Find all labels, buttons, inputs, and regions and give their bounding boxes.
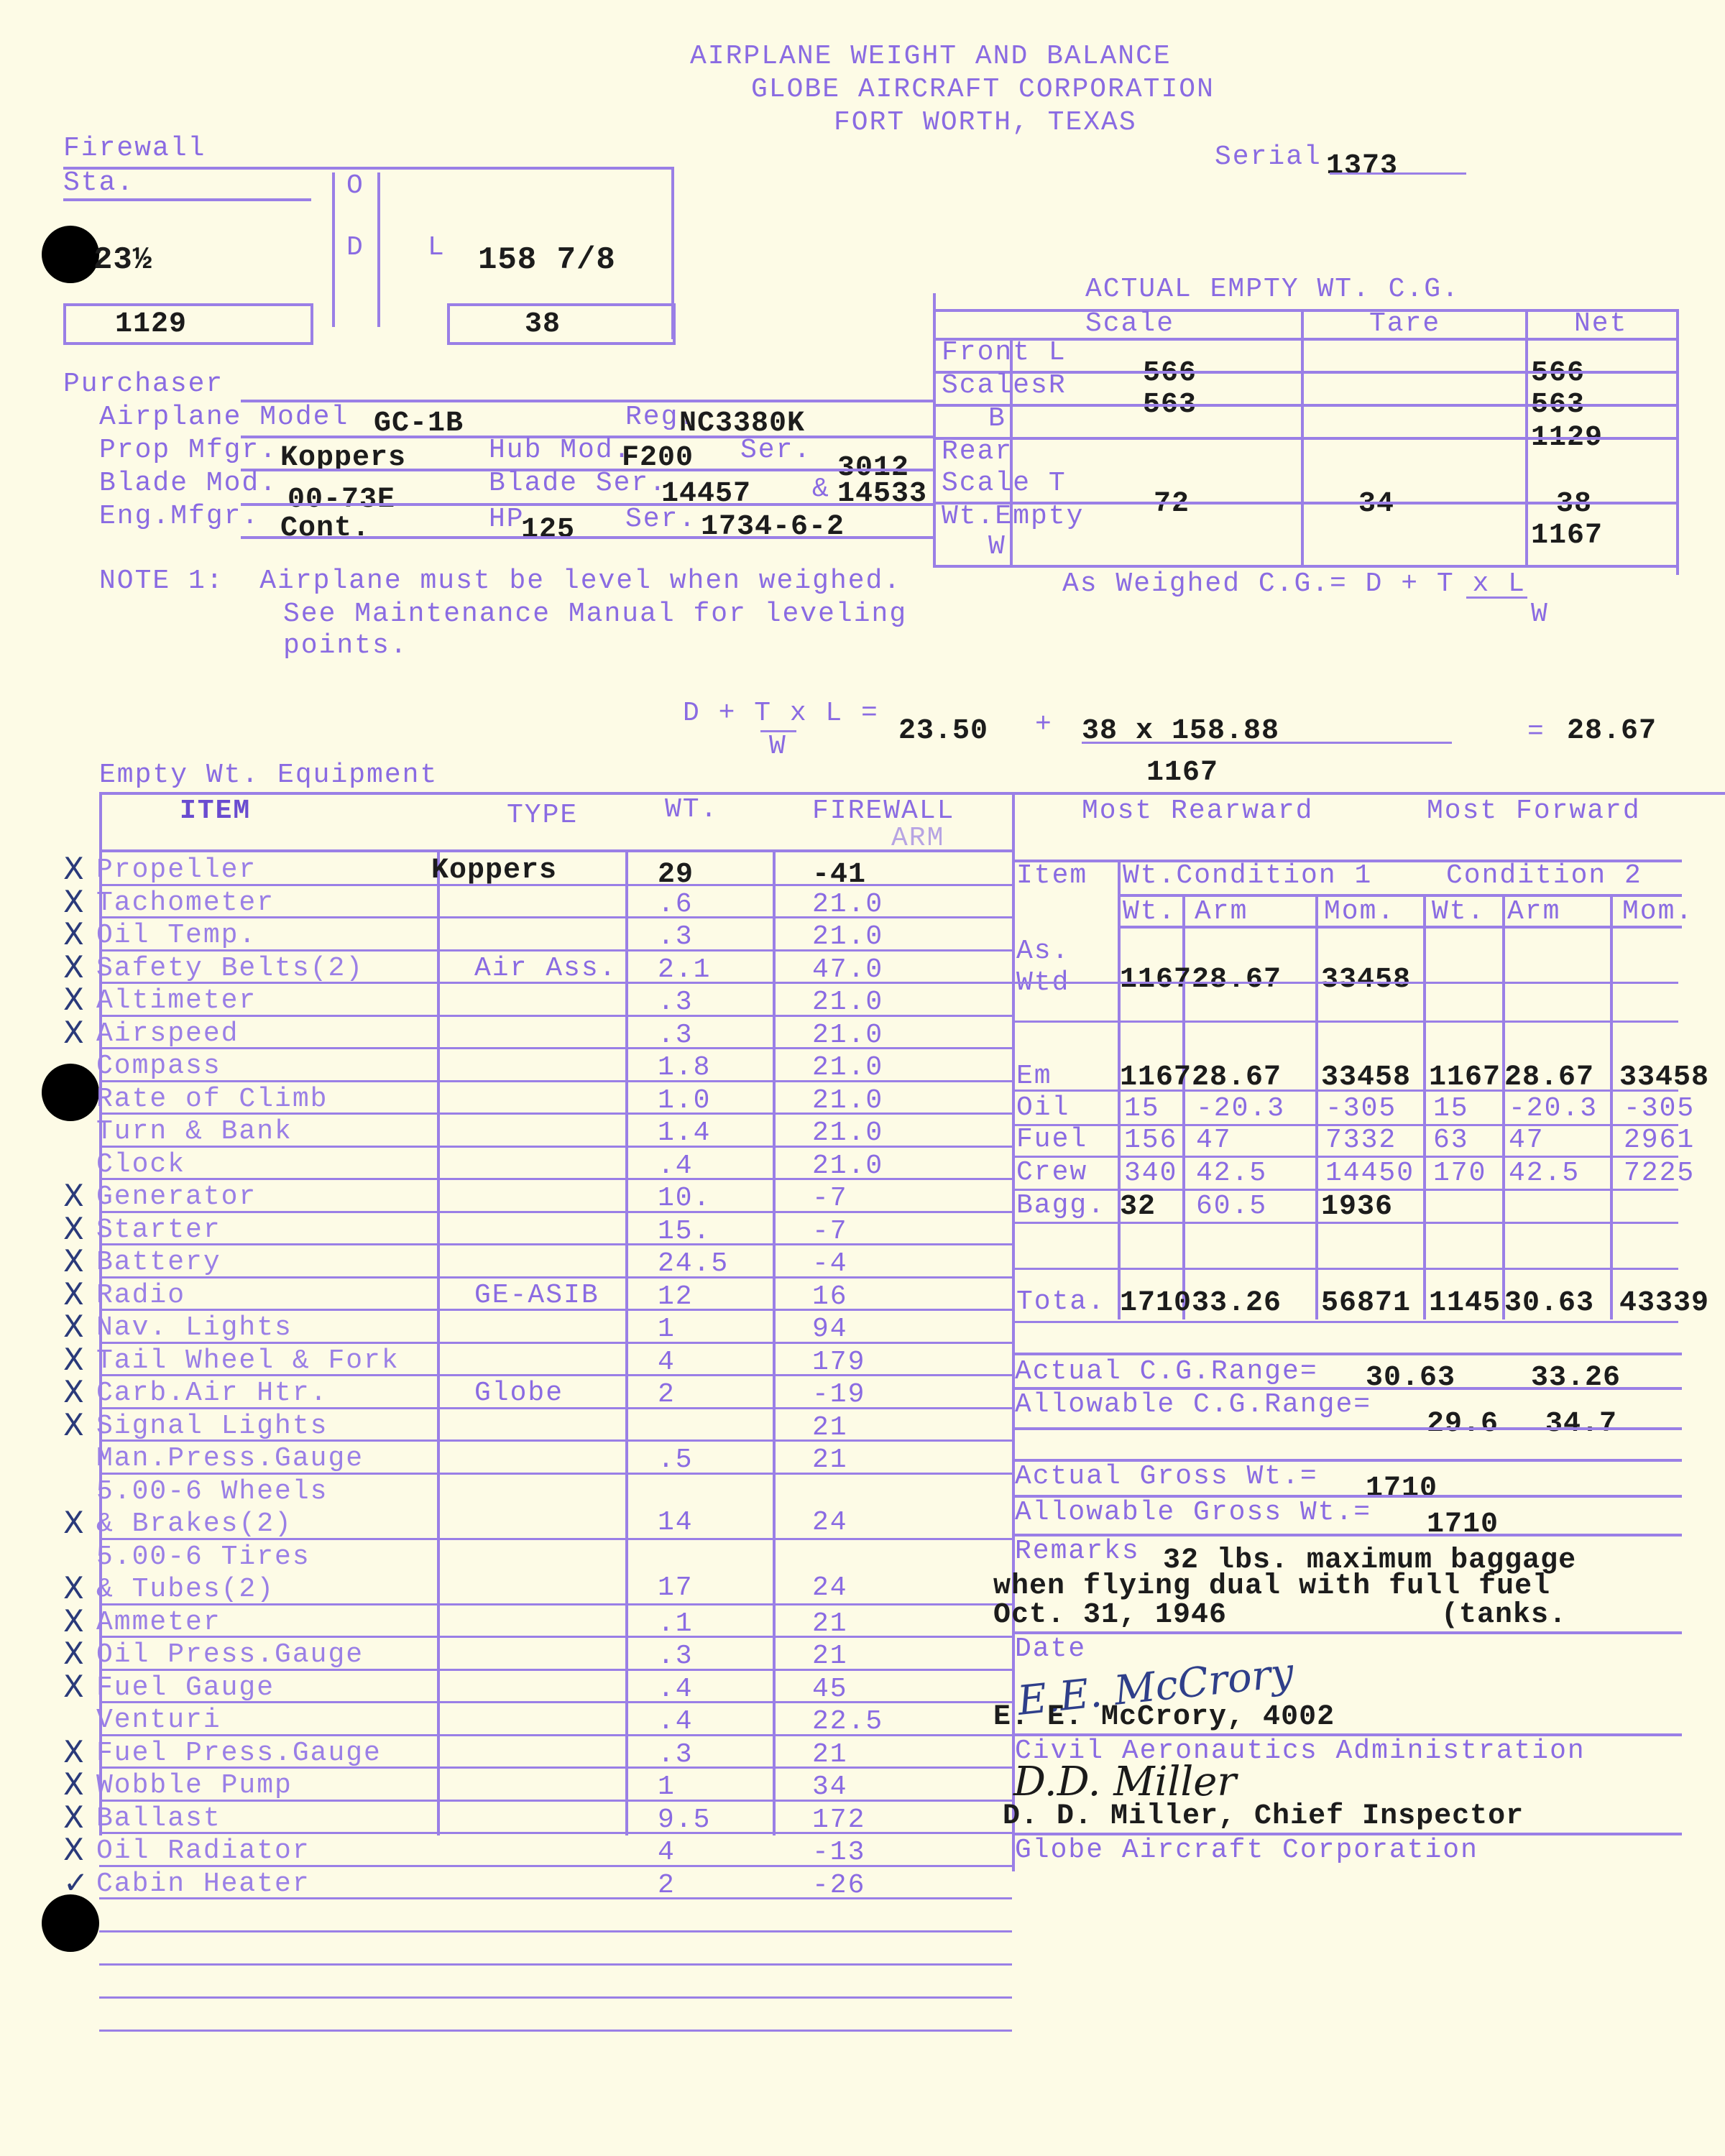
equipment-arm: 21.0 <box>812 989 883 1016</box>
equipment-wt: 1.4 <box>658 1120 711 1147</box>
loading-cell-c1-arm: 33.26 <box>1192 1289 1282 1318</box>
equipment-arm: 21.0 <box>812 1087 883 1115</box>
row-divider <box>99 1473 1012 1475</box>
equipment-arm: 94 <box>812 1316 848 1343</box>
equipment-wt: 2 <box>658 1381 676 1409</box>
loading-cell-c2-wt: 170 <box>1433 1160 1486 1187</box>
serial-underline <box>1330 172 1466 175</box>
equipment-arm: -13 <box>812 1839 865 1866</box>
divider <box>377 172 380 327</box>
station-box-top <box>63 167 674 170</box>
equipment-wt: 24.5 <box>658 1250 729 1278</box>
equipment-arm: -7 <box>812 1218 848 1245</box>
equipment-wt: .4 <box>658 1676 694 1703</box>
hub-ser-label: Ser. <box>740 437 811 464</box>
wt-empty-net: 1167 <box>1531 522 1603 550</box>
loading-subheader: Mom. <box>1324 898 1395 926</box>
equipment-arm: 47.0 <box>812 957 883 984</box>
scale-header: Scale <box>1085 310 1174 338</box>
eng-ser-label: Ser. <box>625 506 696 533</box>
box-1129 <box>63 303 313 345</box>
equipment-arm: 34 <box>812 1774 848 1801</box>
row-divider <box>99 1865 1012 1867</box>
check-mark: X <box>63 1377 84 1407</box>
check-mark: X <box>63 1214 84 1244</box>
equipment-type: GE-ASIB <box>474 1282 599 1309</box>
equipment-item: Airspeed <box>96 1018 239 1050</box>
col-divider <box>1182 897 1185 1319</box>
row-divider <box>99 1342 1012 1344</box>
loading-row-label: Tota. <box>1016 1286 1105 1318</box>
front-l-net: 566 <box>1531 359 1585 388</box>
sig1-typed-name: E. E. McCrory, 4002 <box>993 1703 1335 1732</box>
equipment-type: Globe <box>474 1380 563 1407</box>
equipment-wt: 17 <box>658 1575 694 1602</box>
row-divider <box>99 1374 1012 1376</box>
equipment-arm: 21 <box>812 1741 848 1769</box>
equipment-item: Tachometer <box>96 887 275 919</box>
check-mark: X <box>63 1018 84 1048</box>
tare-header: Tare <box>1369 310 1440 338</box>
equipment-item: Venturi <box>96 1704 221 1736</box>
type-header: TYPE <box>507 802 578 829</box>
loading-cell-c1-wt: 1167 <box>1120 1064 1192 1092</box>
arm-header: ARM <box>891 825 944 852</box>
loading-cell-c2-arm: 47 <box>1509 1127 1545 1154</box>
line <box>933 309 1678 312</box>
hub-mod-label: Hub Mod. <box>489 437 631 464</box>
row-divider <box>99 1996 1012 1999</box>
check-mark: X <box>63 952 84 982</box>
condition-2-header: Condition 2 <box>1446 862 1642 890</box>
loading-cell-c2-mom: 43339 <box>1619 1289 1709 1318</box>
row-divider <box>1013 1222 1678 1224</box>
most-rearward-header: Most Rearward <box>1082 798 1313 825</box>
serial-label: Serial <box>1215 144 1322 171</box>
box-38 <box>447 303 676 345</box>
note-line-2: See Maintenance Manual for leveling <box>283 601 907 628</box>
equipment-arm: 21.0 <box>812 923 883 951</box>
row-divider <box>99 1963 1012 1966</box>
equipment-wt: 2 <box>658 1872 676 1899</box>
loading-cell-c2-wt: 1145 <box>1429 1289 1501 1318</box>
loading-cell-c1-arm: 42.5 <box>1196 1160 1267 1187</box>
actual-gross-value: 1710 <box>1366 1475 1437 1503</box>
equipment-item: Fuel Gauge <box>96 1672 275 1704</box>
w-label: W <box>988 533 1006 561</box>
check-mark: ✓ <box>63 1868 88 1898</box>
sta-label: Sta. <box>63 170 134 197</box>
serial-value: 1373 <box>1326 152 1398 181</box>
equipment-item: Nav. Lights <box>96 1312 293 1344</box>
equipment-item: Propeller <box>96 854 257 886</box>
equipment-item: Clock <box>96 1148 185 1181</box>
blade-mod-value: 00-73E <box>287 486 395 515</box>
row-divider <box>99 1047 1012 1049</box>
equipment-item: Altimeter <box>96 985 257 1017</box>
calc-formula: D + T x L = <box>683 700 879 727</box>
equipment-wt: 14 <box>658 1509 694 1537</box>
equipment-arm: 21.0 <box>812 1153 883 1180</box>
equipment-wt: .3 <box>658 1643 694 1670</box>
loading-subheader: Wt. <box>1432 898 1485 926</box>
equipment-arm: 21.0 <box>812 891 883 918</box>
equipment-arm: 21.0 <box>812 1054 883 1082</box>
equipment-wt: 1.8 <box>658 1054 711 1082</box>
equipment-wt: .6 <box>658 891 694 918</box>
fraction-bar <box>1466 596 1527 599</box>
remarks-line-2: when flying dual with full fuel <box>993 1572 1550 1601</box>
loading-row-label: Oil <box>1016 1092 1069 1124</box>
equipment-arm: 21 <box>812 1611 848 1638</box>
calc-equals: = <box>1527 719 1545 746</box>
b-label: B <box>988 405 1006 433</box>
firewall-label: Firewall <box>63 135 206 162</box>
loading-subheader: Wt. <box>1123 898 1176 926</box>
company-name: GLOBE AIRCRAFT CORPORATION <box>751 76 1215 103</box>
row-divider <box>99 1211 1012 1213</box>
equipment-arm: 21 <box>812 1447 848 1474</box>
equipment-wt: 12 <box>658 1284 694 1311</box>
calc-denominator: 1167 <box>1146 759 1218 788</box>
equipment-item: Generator <box>96 1181 257 1213</box>
line <box>99 792 1725 795</box>
check-mark: X <box>63 1410 84 1440</box>
loading-cell-c1-wt: 340 <box>1124 1160 1177 1187</box>
loading-cell-c1-wt: 1167 <box>1120 966 1192 995</box>
d-label: D <box>346 234 364 262</box>
check-mark: X <box>63 1769 84 1800</box>
row-divider <box>99 1439 1012 1442</box>
equipment-arm: 21 <box>812 1414 848 1442</box>
loading-item-header: Item <box>1016 862 1087 890</box>
firewall-arm-header: FIREWALL <box>812 798 954 825</box>
equipment-wt: .3 <box>658 1022 694 1049</box>
loading-cell-c2-mom: 33458 <box>1619 1064 1709 1092</box>
loading-cell-c2-wt: 1167 <box>1429 1064 1501 1092</box>
equipment-item: Carb.Air Htr. <box>96 1377 328 1409</box>
airplane-model-value: GC-1B <box>374 410 464 438</box>
remarks-label: Remarks <box>1015 1538 1140 1565</box>
wt-header: WT. <box>665 796 718 824</box>
equipment-item: 5.00-6 Wheels & Brakes(2) <box>96 1475 328 1540</box>
border <box>1676 309 1679 575</box>
fraction-bar <box>1082 742 1452 744</box>
binder-hole-top <box>42 226 99 283</box>
calc-result: 28.67 <box>1567 717 1657 746</box>
equipment-arm: 45 <box>812 1676 848 1703</box>
equipment-wt: 1.0 <box>658 1087 711 1115</box>
equipment-item: Ballast <box>96 1802 221 1835</box>
check-mark: X <box>63 1345 84 1375</box>
loading-cell-c1-mom: 56871 <box>1321 1289 1411 1318</box>
actual-cg-label: Actual C.G.Range= <box>1015 1358 1318 1386</box>
calc-plus: + <box>1035 711 1053 739</box>
sig2-organization: Globe Aircraft Corporation <box>1015 1837 1478 1864</box>
most-forward-header: Most Forward <box>1427 798 1641 825</box>
row-divider <box>99 1701 1012 1703</box>
loading-row-label: Em <box>1016 1061 1052 1092</box>
loading-subheader: Arm <box>1507 898 1560 926</box>
row-divider <box>99 1080 1012 1082</box>
check-mark: X <box>63 985 84 1015</box>
equipment-arm: -4 <box>812 1250 848 1278</box>
box-1129-value: 1129 <box>115 310 187 339</box>
equipment-item: Turn & Bank <box>96 1115 293 1148</box>
allowable-cg-min: 29.6 <box>1427 1410 1499 1439</box>
actual-gross-label: Actual Gross Wt.= <box>1015 1463 1318 1491</box>
loading-cell-c1-mom: -305 <box>1325 1095 1397 1123</box>
loading-cell-c2-wt: 63 <box>1433 1127 1469 1154</box>
equipment-arm: -7 <box>812 1185 848 1212</box>
binder-hole-bottom <box>42 1894 99 1952</box>
equipment-wt: .3 <box>658 989 694 1016</box>
equipment-wt: 1 <box>658 1316 676 1343</box>
sig2-typed-name: D. D. Miller, Chief Inspector <box>1003 1802 1524 1831</box>
equipment-item: Signal Lights <box>96 1410 328 1442</box>
loading-cell-c2-mom: 7225 <box>1624 1160 1695 1187</box>
loading-cell-c2-mom: -305 <box>1624 1095 1695 1123</box>
loading-cell-c1-wt: 15 <box>1124 1095 1160 1123</box>
calc-d-value: 23.50 <box>898 717 988 746</box>
col-divider <box>1502 897 1505 1319</box>
allowable-gross-label: Allowable Gross Wt.= <box>1015 1499 1371 1526</box>
check-mark: X <box>63 1737 84 1767</box>
form-title: AIRPLANE WEIGHT AND BALANCE <box>690 43 1172 70</box>
reg-value: NC3380K <box>679 410 805 438</box>
equipment-arm: 21.0 <box>812 1022 883 1049</box>
signature-miller: D.D. Miller <box>1013 1762 1236 1802</box>
check-mark: X <box>63 854 84 884</box>
condition-1-header: Wt.Condition 1 <box>1123 862 1372 890</box>
loading-cell-c2-wt: 15 <box>1433 1095 1469 1123</box>
loading-cell-c2-arm: 30.63 <box>1504 1289 1594 1318</box>
row-divider <box>99 1407 1012 1409</box>
check-mark: X <box>63 887 84 917</box>
equipment-item: Rate of Climb <box>96 1083 328 1115</box>
loading-cell-c1-mom: 33458 <box>1321 966 1411 995</box>
blade-mod-label: Blade Mod. <box>99 470 277 497</box>
line <box>1013 1631 1682 1634</box>
airplane-model-label: Airplane Model <box>99 404 349 431</box>
blade-ser-amp: & <box>812 476 830 503</box>
check-mark: X <box>63 1606 84 1636</box>
loading-row-label: Crew <box>1016 1157 1087 1189</box>
loading-cell-c1-mom: 1936 <box>1321 1193 1393 1222</box>
row-divider <box>99 1766 1012 1769</box>
check-mark: X <box>63 1508 84 1538</box>
note-line-3: points. <box>283 632 408 660</box>
calc-formula-denominator: W <box>769 733 787 760</box>
loading-cell-c2-arm: 42.5 <box>1509 1160 1580 1187</box>
equipment-wt: .3 <box>658 923 694 951</box>
note-line-1: NOTE 1: Airplane must be level when weig… <box>99 568 901 595</box>
remarks-tail: (tanks. <box>1441 1601 1567 1630</box>
row-divider <box>99 1538 1012 1540</box>
row-divider <box>1013 1268 1678 1270</box>
loading-cell-c1-mom: 33458 <box>1321 1064 1411 1092</box>
front-l-scale: 566 <box>1143 359 1197 388</box>
loading-cell-c1-arm: 28.67 <box>1192 966 1282 995</box>
loading-cell-c1-arm: 28.67 <box>1192 1064 1282 1092</box>
eng-mfgr-value: Cont. <box>280 515 370 543</box>
row-divider <box>1013 1021 1678 1023</box>
loading-cell-c1-wt: 156 <box>1124 1127 1177 1154</box>
equipment-item: Fuel Press.Gauge <box>96 1737 382 1769</box>
prop-mfgr-label: Prop Mfgr. <box>99 437 277 464</box>
loading-cell-c1-mom: 7332 <box>1325 1127 1397 1154</box>
equipment-arm: 24 <box>812 1575 848 1602</box>
rear-label: Rear <box>942 438 1013 466</box>
equipment-wt: .4 <box>658 1153 694 1180</box>
col-divider <box>1423 897 1426 1319</box>
equipment-item: Cabin Heater <box>96 1868 310 1900</box>
equipment-wt: .1 <box>658 1611 694 1638</box>
row-divider <box>99 1276 1012 1279</box>
check-mark: X <box>63 919 84 949</box>
loading-cell-c1-arm: 60.5 <box>1196 1193 1267 1220</box>
loading-subheader: Mom. <box>1622 898 1693 926</box>
check-mark: X <box>63 1835 84 1865</box>
purchaser-label: Purchaser <box>63 371 224 398</box>
line <box>99 849 1012 852</box>
loading-cell-c1-wt: 1710 <box>1120 1289 1192 1318</box>
item-header: ITEM <box>180 798 251 825</box>
check-mark: X <box>63 1246 84 1276</box>
equipment-item: Starter <box>96 1214 221 1246</box>
scale-t-tare: 34 <box>1358 490 1394 519</box>
blade-ser-label: Blade Ser. <box>489 470 667 497</box>
empty-cg-title: ACTUAL EMPTY WT. C.G. <box>1085 276 1460 303</box>
equipment-item: Battery <box>96 1246 221 1279</box>
line <box>1013 1353 1682 1355</box>
equipment-wt: 15. <box>658 1218 711 1245</box>
loading-cell-c1-arm: 47 <box>1196 1127 1232 1154</box>
equipment-wt: 10. <box>658 1185 711 1212</box>
equipment-wt: .3 <box>658 1741 694 1769</box>
o-label: O <box>346 172 364 200</box>
equipment-wt: 1 <box>658 1774 676 1801</box>
loading-row-label: Bagg. <box>1016 1190 1105 1222</box>
row-divider <box>1013 982 1678 984</box>
loading-row-label: Fuel <box>1016 1124 1087 1156</box>
loading-subheader: Arm <box>1195 898 1248 926</box>
scale-t-scale: 72 <box>1154 490 1190 519</box>
wt-empty-label: Wt.Empty <box>942 503 1084 530</box>
line <box>1013 1427 1682 1430</box>
row-divider <box>99 1734 1012 1736</box>
check-mark: X <box>63 1181 84 1211</box>
row-divider <box>99 1178 1012 1180</box>
check-mark: X <box>63 1672 84 1702</box>
line <box>933 437 1678 440</box>
equipment-arm: 21.0 <box>812 1120 883 1147</box>
equipment-wt: .4 <box>658 1708 694 1736</box>
scales-r-label: ScalesR <box>942 372 1067 400</box>
line <box>1118 926 1682 929</box>
row-divider <box>99 1112 1012 1115</box>
equipment-arm: -19 <box>812 1381 865 1409</box>
check-mark: X <box>63 1639 84 1669</box>
row-divider <box>99 949 1012 952</box>
equipment-wt: .5 <box>658 1447 694 1474</box>
row-divider <box>99 1897 1012 1899</box>
scale-t-net: 38 <box>1556 490 1592 519</box>
remarks-date: Oct. 31, 1946 <box>993 1601 1227 1630</box>
company-location: FORT WORTH, TEXAS <box>834 109 1137 137</box>
divider <box>332 172 335 327</box>
box-38-value: 38 <box>525 310 561 339</box>
row-divider <box>1013 1321 1678 1323</box>
equipment-title: Empty Wt. Equipment <box>99 762 438 789</box>
allowable-cg-label: Allowable C.G.Range= <box>1015 1391 1371 1419</box>
check-mark: X <box>63 1802 84 1833</box>
allowable-cg-max: 34.7 <box>1545 1410 1617 1439</box>
equipment-arm: -26 <box>812 1872 865 1899</box>
equipment-wt: 2.1 <box>658 957 711 984</box>
l-value: 158 7/8 <box>478 244 616 276</box>
loading-cell-c2-arm: -20.3 <box>1509 1095 1598 1123</box>
equipment-item: Radio <box>96 1279 185 1312</box>
row-divider <box>99 884 1012 886</box>
equipment-type: Air Ass. <box>474 955 617 982</box>
eng-mfgr-label: Eng.Mfgr. <box>99 503 259 530</box>
equipment-item: Man.Press.Gauge <box>96 1442 364 1475</box>
equipment-arm: 16 <box>812 1284 848 1311</box>
net-header: Net <box>1574 310 1627 338</box>
equipment-type: Koppers <box>431 857 557 885</box>
equipment-arm: 24 <box>812 1509 848 1537</box>
loading-cell-c1-wt: 32 <box>1120 1193 1156 1222</box>
row-divider <box>99 1800 1012 1802</box>
col-divider <box>1315 897 1318 1319</box>
row-divider <box>99 1309 1012 1311</box>
row-divider <box>99 1243 1012 1245</box>
col-divider <box>1610 897 1613 1319</box>
row-divider <box>99 1603 1012 1606</box>
row-divider <box>1013 1089 1678 1092</box>
row-divider <box>99 916 1012 918</box>
loading-cell-c1-mom: 14450 <box>1325 1160 1414 1187</box>
equipment-arm: 22.5 <box>812 1708 883 1736</box>
line <box>241 503 934 506</box>
row-divider <box>99 1832 1012 1834</box>
equipment-item: Ammeter <box>96 1606 221 1639</box>
hp-value: 125 <box>521 516 575 545</box>
hp-label: HP <box>489 506 525 533</box>
check-mark: X <box>63 1279 84 1309</box>
binder-hole-middle <box>42 1064 99 1121</box>
check-mark: X <box>63 1312 84 1342</box>
equipment-arm: 179 <box>812 1349 865 1376</box>
as-weighed-cg-formula: As Weighed C.G.= D + T x L <box>1062 571 1526 598</box>
equipment-item: Oil Radiator <box>96 1835 310 1867</box>
equipment-item: Wobble Pump <box>96 1769 293 1802</box>
equipment-wt: 9.5 <box>658 1807 711 1834</box>
row-divider <box>99 1669 1012 1671</box>
front-l-label: Front L <box>942 339 1067 367</box>
sta-underline <box>63 198 311 201</box>
line <box>241 536 934 539</box>
date-label: Date <box>1015 1636 1086 1663</box>
equipment-item: Compass <box>96 1050 221 1082</box>
equipment-wt: 4 <box>658 1839 676 1866</box>
line <box>933 404 1678 407</box>
border <box>933 293 936 566</box>
equipment-wt: 4 <box>658 1349 676 1376</box>
line <box>933 565 1678 568</box>
row-divider <box>99 1636 1012 1638</box>
